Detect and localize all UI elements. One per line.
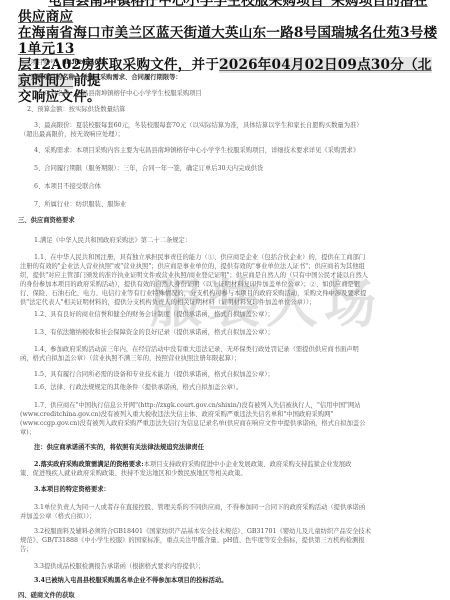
section-2-item-3-cont: （超出最高限价，按无效响应处理）； <box>20 130 124 139</box>
item-1-7-line-4: 章)； <box>20 428 35 437</box>
item-3-3: 3.3提供成品校服检测报告承诺函（根据格式要求内容提供）； <box>34 562 205 571</box>
section-3-sub-2: 2.落实政府采购政策需满足的资格要求:本项目支持政府采购促进中小企业发展政策、政… <box>34 460 351 469</box>
section-2-item-7: 7、所属行业：纺织服装、服饰业 <box>34 200 126 209</box>
project-number: 一、项目编号：HNJF2026-008 <box>18 58 105 67</box>
item-1-7-line-3: (www.ccgp.gov.cn)没有被列入政府采购严重违法失信行为信息记录名单… <box>20 419 366 428</box>
section-2-item-4: 4、采购需求：本项目采购内容主要为屯昌县南坤镇榕仔中心小学学生校服采购项目，详细… <box>34 146 359 155</box>
section-2-item-1: 1、项目名称：屯昌县南坤镇榕仔中心小学学生校服采购项目 <box>34 89 202 98</box>
item-1-6: 1.6、法律、行政法规规定的其他条件（提供承诺函，格式自拟加盖公章）。 <box>34 383 242 392</box>
item-1-4-line-2: 函，格式自拟加盖公章）（营业执照不满三年的，按照营业执照注册年限起算）； <box>20 354 240 363</box>
item-3-1-line-2: 并加盖公章（格式自拟））； <box>20 512 96 521</box>
item-1-7-line-1: 1.7、供应商在"中国执行信息公开网"(http://zxgk.court.go… <box>34 401 361 410</box>
item-3-1-line-1: 3.1单位负责人为同一人或者存在直接控股、管理关系的不同供应商，不得参加同一合同… <box>34 503 365 512</box>
item-3-4: 3.4已被纳入屯昌县校服采购黑名单企业不得参加本项目的投标活动。 <box>34 576 228 585</box>
item-1-7-line-2: (www.creditchina.gov.cn)没有被列入重大税收违法失信主体、… <box>20 410 333 419</box>
section-2-item-3: 3、最高限价：夏装校服每套60元，冬装校服每套70元（以实际结算为准，具体结算以… <box>34 121 363 130</box>
section-4-title: 四、磋商文件的获取 <box>18 591 75 600</box>
section-3-sub-3-title: 3.本项目的特定资格要求： <box>34 485 110 494</box>
liability-note: 注：供应商承诺函不实的，将依照有关法律法规追究法律责任 <box>34 443 204 452</box>
item-1-3: 1.3、有依法缴纳税收和社会保障资金的良好记录（提供承诺函，格式自拟加盖公章）； <box>34 328 274 337</box>
item-1-1-line-4: 的身份参加本项目的政府采购活动），提供有效的自然人身份证明（以上证明材料复印件加… <box>20 280 360 289</box>
item-1-1-line-5: 行、保险、石油石化、电力、电信行业等有行业特殊情况的，分支机构可参与本项目的政府… <box>20 289 366 298</box>
item-1-5: 1.5、具有履行合同所必需的设备和专业技术能力（提供承诺函，格式自拟加盖公章）； <box>34 370 274 379</box>
item-3-2-line-1: 3.2校服面料及辅料必须符合GB18401《国家纺织产品基本安全技术规范》、GB… <box>34 527 371 536</box>
item-3-2-line-3: 告； <box>20 545 33 554</box>
item-1-1-line-1: 1.1、在中华人民共和国注册，具有独立承担民事责任的能力（①、供应商是企业（包括… <box>34 253 365 262</box>
item-1-4-line-1: 1.4、参加政府采购活动前三年内，在经营活动中没有重大违法记录、无环保类行政处罚… <box>34 345 359 354</box>
section-3-sub-2-body-2: 策、促进残疾人就业政府采购政策、扶持不发达地区和少数民族地区等相关政策。 <box>20 469 247 478</box>
intro-line-2: 在海南省海口市美兰区蓝天街道大英山东一路8号国瑞城名仕苑3号楼1单元13 <box>18 25 437 57</box>
section-2-item-6: 6、本项目不接受联合体 <box>34 182 101 191</box>
section-3-sub-2-title: 2.落实政府采购政策需满足的资格要求: <box>34 461 144 468</box>
item-3-2-line-2: 规范》、GB/T31888《中小学生校服》的国家标准，重点关注甲醛含量、pH值、… <box>20 536 365 545</box>
section-3-sub-2-body-1: 本项目支持政府采购促进中小企业发展政策、政府采购支持监狱企业发展政 <box>144 461 352 468</box>
section-2-title: 二、采购项目的名称、预算、采购需求、合同履行期限等： <box>18 73 182 82</box>
section-3-title: 三、供应商资格要求 <box>18 216 75 225</box>
intro-line-3b: 并于 <box>192 57 220 73</box>
section-2-item-5: 5、合同履行期限（服务期限）：三年，合同一年一签，确定订单后30天内完成供货 <box>34 164 263 173</box>
project-number-label: 一、项目编号： <box>18 59 62 66</box>
intro-line-1: 屯昌县南坤镇榕仔中心小学学生校服采购项目"采购项目的潜在供应商应 <box>18 0 428 25</box>
section-2-item-2: 2、预算金额：按实际供货数量结算 <box>27 105 125 114</box>
item-1-2: 1.2、具有良好的商业信誉和健全的财务会计制度（提供承诺函，格式自拟加盖公章）； <box>34 310 274 319</box>
item-1-1-line-2: 注册的有效的"企业法人营业执照"或"营业执照"；供应商是事业单位的，提供有效的"… <box>20 262 365 271</box>
section-3-sub-1-title: 1.满足《中华人民共和国政府采购法》第二十二条规定： <box>34 236 191 245</box>
project-number-value: HNJF2026-008 <box>62 59 105 66</box>
item-1-1-line-6: 供"法定代表人"相关证明材料的，提供分支机构负责人的相关证明材料（证明材料复印件… <box>20 298 315 307</box>
item-1-1-line-3: 织，提供"对应主管部门颁发的准许执业证明文件或营业执照/商业登记证明"；供应商是… <box>20 271 368 280</box>
